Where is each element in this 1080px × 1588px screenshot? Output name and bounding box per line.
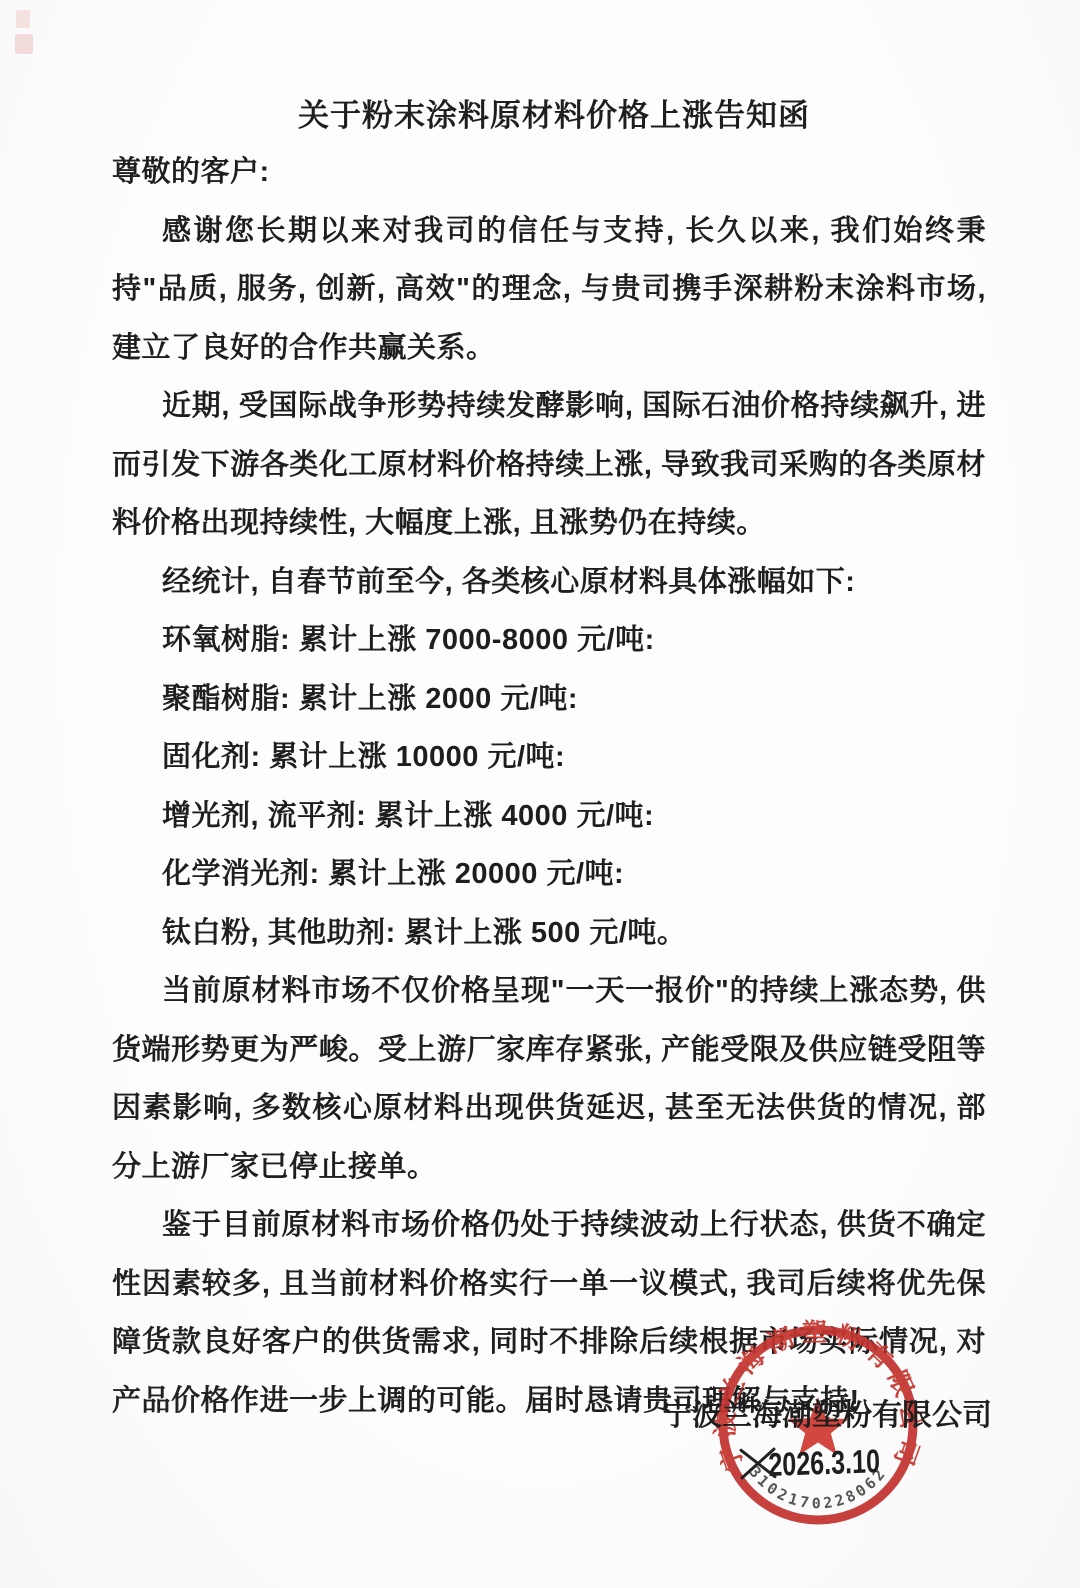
signature-date: 2026.3.10 xyxy=(768,1442,880,1484)
price-item: 钛白粉, 其他助剂: 累计上涨 500 元/吨。 xyxy=(112,904,986,963)
price-item: 增光剂, 流平剂: 累计上涨 4000 元/吨: xyxy=(112,787,986,846)
page-title: 关于粉末涂料原材料价格上涨告知函 xyxy=(14,90,1080,135)
paragraph: 感谢您长期以来对我司的信任与支持, 长久以来, 我们始终秉持"品质, 服务, 创… xyxy=(112,202,986,378)
scan-artifact xyxy=(16,10,30,28)
letter-body: 尊敬的客户: 感谢您长期以来对我司的信任与支持, 长久以来, 我们始终秉持"品质… xyxy=(112,143,986,1430)
price-item: 固化剂: 累计上涨 10000 元/吨: xyxy=(112,728,986,787)
price-item: 环氧树脂: 累计上涨 7000-8000 元/吨: xyxy=(112,611,986,670)
signature-company: 宁波兰海潮塑粉有限公司 xyxy=(662,1390,992,1434)
price-item: 化学消光剂: 累计上涨 20000 元/吨: xyxy=(112,845,986,904)
paragraph: 当前原材料市场不仅价格呈现"一天一报价"的持续上涨态势, 供货端形势更为严峻。受… xyxy=(112,962,986,1196)
scan-artifact xyxy=(15,34,33,54)
paragraph: 近期, 受国际战争形势持续发酵影响, 国际石油价格持续飙升, 进而引发下游各类化… xyxy=(112,377,986,553)
paragraph: 经统计, 自春节前至今, 各类核心原材料具体涨幅如下: xyxy=(112,553,986,612)
price-item: 聚酯树脂: 累计上涨 2000 元/吨: xyxy=(112,670,986,729)
scanned-letter-page: 关于粉末涂料原材料价格上涨告知函 尊敬的客户: 感谢您长期以来对我司的信任与支持… xyxy=(0,0,1080,1588)
salutation: 尊敬的客户: xyxy=(112,143,986,202)
